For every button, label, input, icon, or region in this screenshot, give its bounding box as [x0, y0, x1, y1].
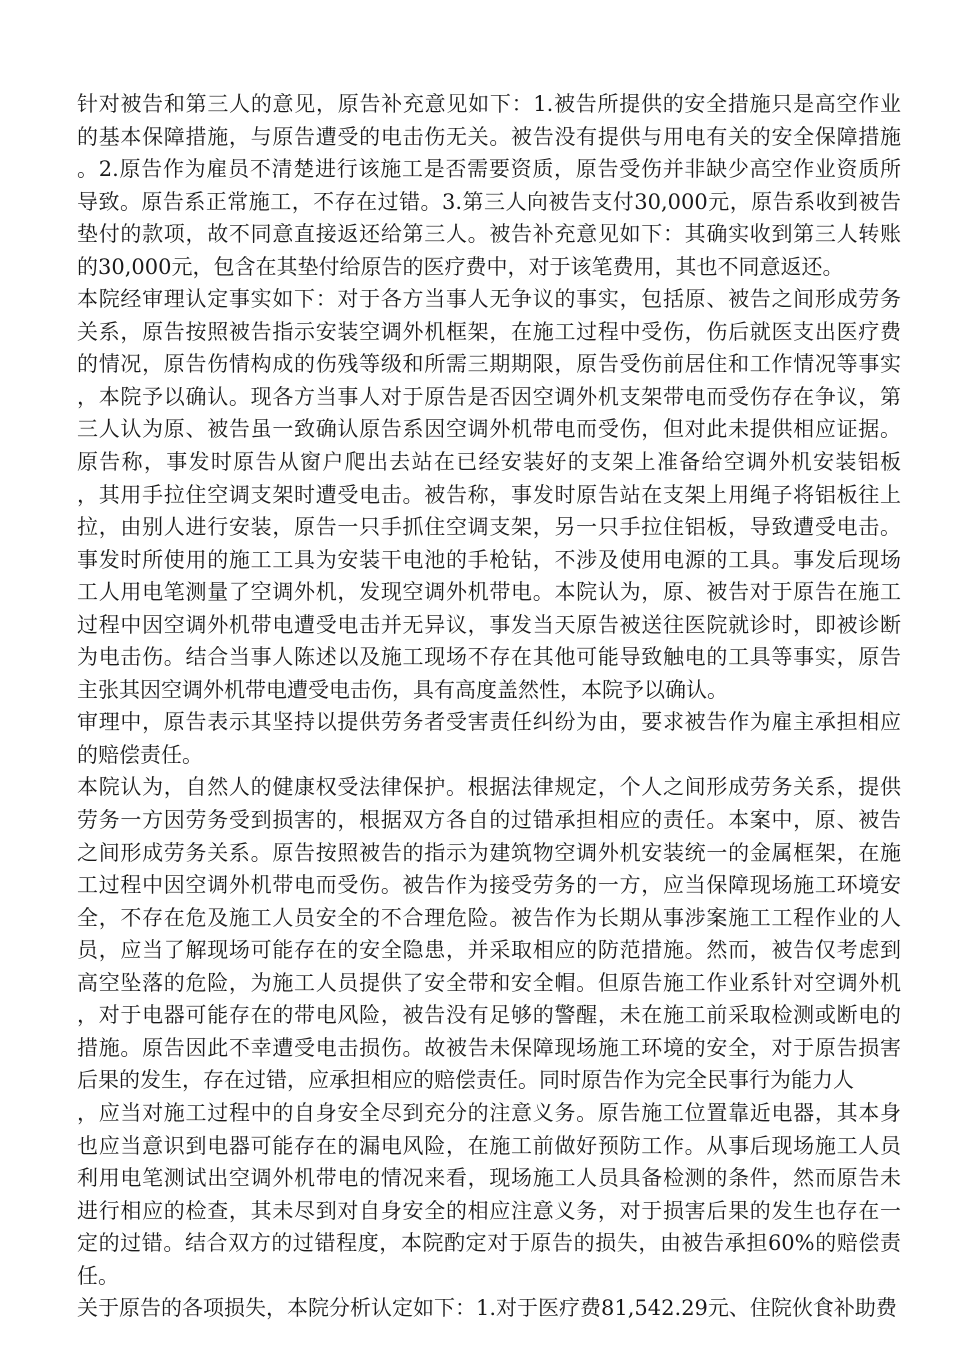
- text-line: 员，应当了解现场可能存在的安全隐患，并采取相应的防范措施。然而，被告仅考虑到: [77, 934, 901, 967]
- text-line: 拉，由别人进行安装，原告一只手抓住空调支架，另一只手拉住铝板，导致遭受电击。: [77, 511, 901, 544]
- text-line: 工人用电笔测量了空调外机，发现空调外机带电。本院认为，原、被告对于原告在施工: [77, 576, 901, 609]
- text-line: 工过程中因空调外机带电而受伤。被告作为接受劳务的一方，应当保障现场施工环境安: [77, 869, 901, 902]
- text-line: 劳务一方因劳务受到损害的，根据双方各自的过错承担相应的责任。本案中，原、被告: [77, 804, 901, 837]
- text-line: 本院经审理认定事实如下：对于各方当事人无争议的事实，包括原、被告之间形成劳务: [77, 283, 901, 316]
- text-line: 高空坠落的危险，为施工人员提供了安全带和安全帽。但原告施工作业系针对空调外机: [77, 967, 901, 1000]
- text-line: 全，不存在危及施工人员安全的不合理危险。被告作为长期从事涉案施工工程作业的人: [77, 902, 901, 935]
- document-page: 针对被告和第三人的意见，原告补充意见如下：1.被告所提供的安全措施只是高空作业 …: [77, 88, 901, 1325]
- text-line: 之间形成劳务关系。原告按照被告的指示为建筑物空调外机安装统一的金属框架，在施: [77, 837, 901, 870]
- text-line: 审理中，原告表示其坚持以提供劳务者受害责任纠纷为由，要求被告作为雇主承担相应: [77, 706, 901, 739]
- text-line: ，应当对施工过程中的自身安全尽到充分的注意义务。原告施工位置靠近电器，其本身: [77, 1097, 901, 1130]
- text-line: 任。: [77, 1260, 901, 1293]
- text-line: 针对被告和第三人的意见，原告补充意见如下：1.被告所提供的安全措施只是高空作业: [77, 88, 901, 121]
- text-line: 。2.原告作为雇员不清楚进行该施工是否需要资质，原告受伤并非缺少高空作业资质所: [77, 153, 901, 186]
- text-line: 三人认为原、被告虽一致确认原告系因空调外机带电而受伤，但对此未提供相应证据。: [77, 413, 901, 446]
- text-line: 定的过错。结合双方的过错程度，本院酌定对于原告的损失，由被告承担60%的赔偿责: [77, 1227, 901, 1260]
- text-line: 也应当意识到电器可能存在的漏电风险，在施工前做好预防工作。从事后现场施工人员: [77, 1130, 901, 1163]
- text-line: 事发时所使用的施工工具为安装干电池的手枪钻，不涉及使用电源的工具。事发后现场: [77, 544, 901, 577]
- text-line: 关于原告的各项损失，本院分析认定如下：1.对于医疗费81,542.29元、住院伙…: [77, 1292, 901, 1325]
- text-line: 关系，原告按照被告指示安装空调外机框架，在施工过程中受伤，伤后就医支出医疗费: [77, 316, 901, 349]
- text-line: ，本院予以确认。现各方当事人对于原告是否因空调外机支架带电而受伤存在争议，第: [77, 381, 901, 414]
- text-line: 的30,000元，包含在其垫付给原告的医疗费中，对于该笔费用，其也不同意返还。: [77, 251, 901, 284]
- text-line: 的情况，原告伤情构成的伤残等级和所需三期期限，原告受伤前居住和工作情况等事实: [77, 348, 901, 381]
- text-line: 过程中因空调外机带电遭受电击并无异议，事发当天原告被送往医院就诊时，即被诊断: [77, 609, 901, 642]
- text-line: 原告称，事发时原告从窗户爬出去站在已经安装好的支架上准备给空调外机安装铝板: [77, 446, 901, 479]
- text-line: 措施。原告因此不幸遭受电击损伤。故被告未保障现场施工环境的安全，对于原告损害: [77, 1032, 901, 1065]
- text-line: ，其用手拉住空调支架时遭受电击。被告称，事发时原告站在支架上用绳子将铝板往上: [77, 479, 901, 512]
- text-line: 垫付的款项，故不同意直接返还给第三人。被告补充意见如下：其确实收到第三人转账: [77, 218, 901, 251]
- text-line: 进行相应的检查，其未尽到对自身安全的相应注意义务，对于损害后果的发生也存在一: [77, 1195, 901, 1228]
- text-line: 本院认为，自然人的健康权受法律保护。根据法律规定，个人之间形成劳务关系，提供: [77, 771, 901, 804]
- text-line: 利用电笔测试出空调外机带电的情况来看，现场施工人员具备检测的条件，然而原告未: [77, 1162, 901, 1195]
- text-line: 的基本保障措施，与原告遭受的电击伤无关。被告没有提供与用电有关的安全保障措施: [77, 121, 901, 154]
- text-line: 后果的发生，存在过错，应承担相应的赔偿责任。同时原告作为完全民事行为能力人: [77, 1064, 901, 1097]
- text-line: 的赔偿责任。: [77, 739, 901, 772]
- text-line: ，对于电器可能存在的带电风险，被告没有足够的警醒，未在施工前采取检测或断电的: [77, 999, 901, 1032]
- text-line: 为电击伤。结合当事人陈述以及施工现场不存在其他可能导致触电的工具等事实，原告: [77, 641, 901, 674]
- text-line: 导致。原告系正常施工，不存在过错。3.第三人向被告支付30,000元，原告系收到…: [77, 186, 901, 219]
- text-line: 主张其因空调外机带电遭受电击伤，具有高度盖然性，本院予以确认。: [77, 674, 901, 707]
